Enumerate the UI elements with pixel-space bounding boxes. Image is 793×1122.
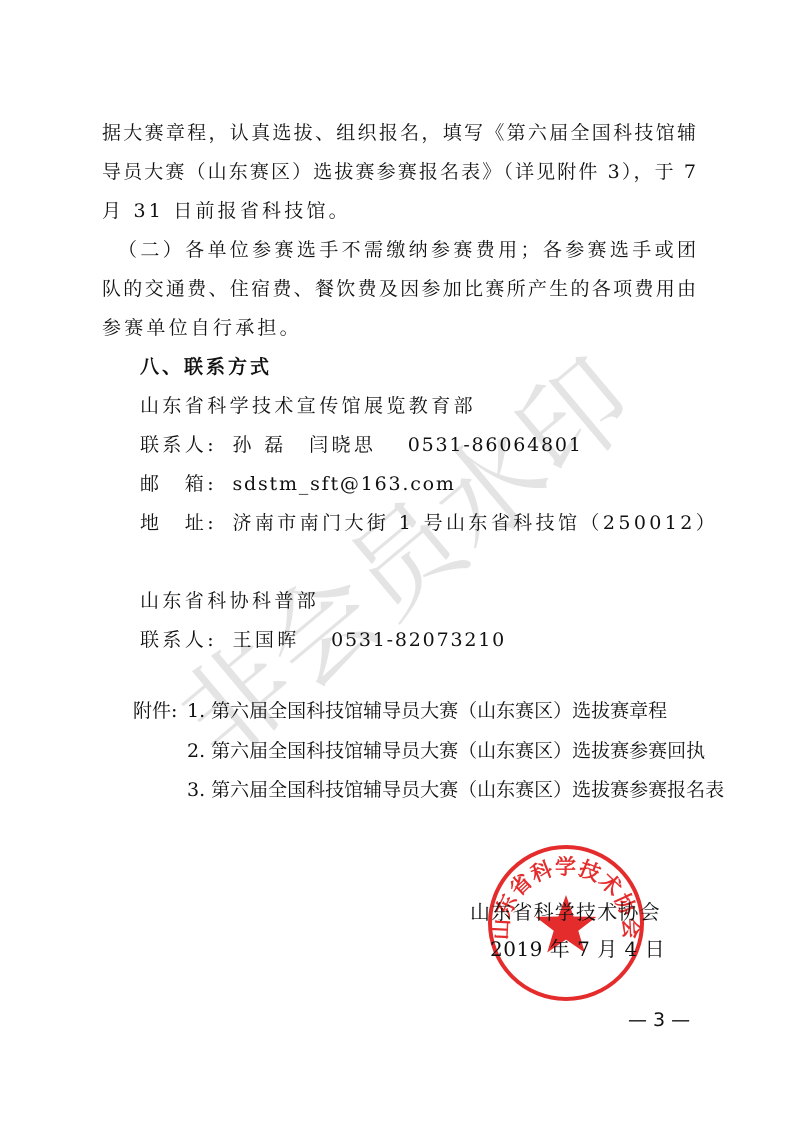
body-line: 参赛单位自行承担。 [102,316,302,340]
contact-persons: 王国晖 [232,629,299,651]
document-page: 非会员水印 据大赛章程，认真选拔、组织报名，填写《第六届全国科技馆辅 导员大赛（… [0,0,793,1122]
signature-org: 山东省科学技术协会 [470,900,661,924]
contact-email[interactable]: sdstm_sft@163.com [232,473,455,495]
body-line: 月 31 日前报省科技馆。 [102,199,351,223]
contact-persons: 孙 磊 闫晓思 [232,434,376,456]
body-line: 队的交通费、住宿费、餐饮费及因参加比赛所产生的各项费用由 [102,277,696,301]
contact-person-label: 联系人: [140,434,217,456]
contact-address-label: 地 址: [140,512,217,534]
contact-org: 山东省科学技术宣传馆展览教育部 [140,394,476,418]
section-heading: 八、联系方式 [140,355,272,379]
attachments-label: 附件: [133,699,177,723]
attachment-item: 1. 第六届全国科技馆辅导员大赛（山东赛区）选拔赛章程 [187,699,667,723]
contact-email-label: 邮 箱: [140,473,217,495]
page-content: 据大赛章程，认真选拔、组织报名，填写《第六届全国科技馆辅 导员大赛（山东赛区）选… [0,0,793,1122]
contact-person-label: 联系人: [140,629,217,651]
contact-org: 山东省科协科普部 [140,589,319,613]
body-line: 据大赛章程，认真选拔、组织报名，填写《第六届全国科技馆辅 [102,121,696,145]
contact-phone: 0531-86064801 [408,434,583,456]
signature-date: 2019 年 7 月 4 日 [490,937,665,961]
attachment-item: 3. 第六届全国科技馆辅导员大赛（山东赛区）选拔赛参赛报名表 [187,778,724,802]
contact-phone: 0531-82073210 [331,629,506,651]
attachment-item: 2. 第六届全国科技馆辅导员大赛（山东赛区）选拔赛参赛回执 [187,739,705,763]
body-line: 导员大赛（山东赛区）选拔赛参赛报名表》（详见附件 3），于 7 [102,160,696,184]
contact-email-line: 邮 箱: sdstm_sft@163.com [140,472,456,496]
body-line: （二）各单位参赛选手不需缴纳参赛费用；各参赛选手或团 [118,238,696,262]
contact-address: 济南市南门大街 1 号山东省科技馆（250012） [232,512,718,534]
contact-person-line: 联系人: 王国晖 0531-82073210 [140,628,506,652]
page-number: — 3 — [628,1008,690,1032]
contact-address-line: 地 址: 济南市南门大街 1 号山东省科技馆（250012） [140,511,718,535]
contact-person-line: 联系人: 孙 磊 闫晓思 0531-86064801 [140,433,583,457]
